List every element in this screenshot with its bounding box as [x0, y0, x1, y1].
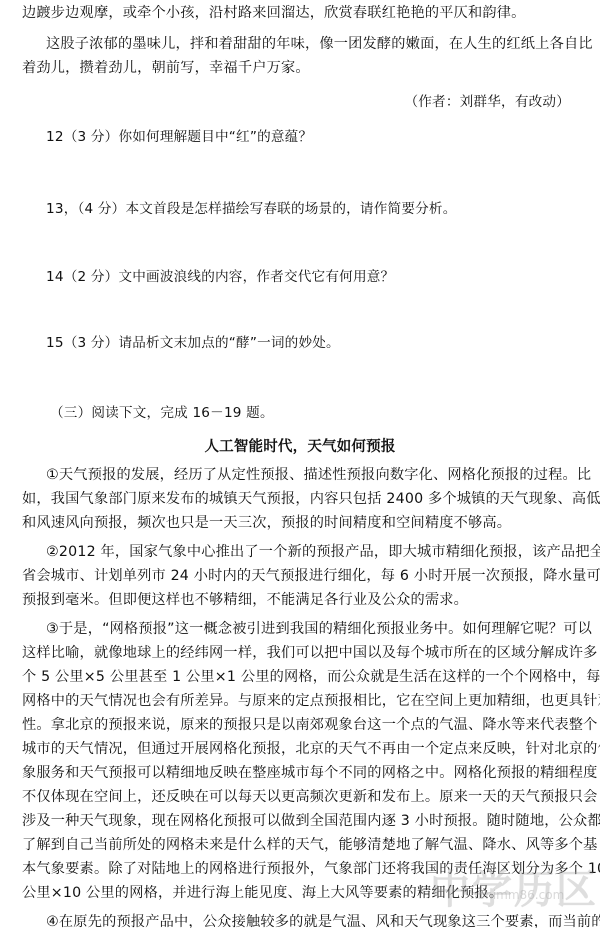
paragraph-1-line: 如，我国气象部门原来发布的城镇天气预报，内容只包括 2400 多个城镇的天气现象… — [22, 490, 600, 508]
passage-line: 边踱步边观摩，或牵个小孩，沿村路来回溜达，欣赏春联红艳艳的平仄和韵律。 — [22, 4, 526, 22]
paragraph-3-line: 不仅体现在空间上，还反映在可以每天以更高频次更新和发布上。原来一天的天气预报只会 — [22, 788, 598, 806]
paragraph-1-line: 和风速风向预报，频次也只是一天三次，预报的时间精度和空间精度不够高。 — [22, 514, 511, 532]
passage-line: 这股子浓郁的墨味儿，拌和着甜甜的年味，像一团发酵的嫩面，在人生的红纸上各自比 — [46, 35, 593, 53]
question-12: 12（3 分）你如何理解题目中“红”的意蕴？ — [46, 128, 312, 146]
question-15: 15（3 分）请品析文末加点的“酵”一词的妙处。 — [46, 334, 340, 352]
paragraph-3-line: 了解到自己当前所处的网格未来是什么样的天气，能够清楚地了解气温、降水、风等多个基 — [22, 836, 598, 854]
paragraph-3-line: 公里×10 公里的网格，并进行海上能见度、海上大风等要素的精细化预报。 — [22, 884, 503, 902]
document-page: 边踱步边观摩，或牵个小孩，沿村路来回溜达，欣赏春联红艳艳的平仄和韵律。 这股子浓… — [0, 0, 600, 928]
question-13: 13，（4 分）本文首段是怎样描绘写春联的场景的，请作简要分析。 — [46, 200, 457, 218]
paragraph-2-line: 预报到毫米。但即便这样也不够精细，不能满足各行业及公众的需求。 — [22, 591, 468, 609]
paragraph-3-line: 象服务和天气预报可以精细地反映在整座城市每个不同的网格之中。网格化预报的精细程度 — [22, 764, 598, 782]
paragraph-1-line: ①天气预报的发展，经历了从定性预报、描述性预报向数字化、网格化预报的过程。比 — [46, 466, 591, 484]
paragraph-3-line: 本气象要素。除了对陆地上的网格进行预报外，气象部门还将我国的责任海区划分为多个 … — [22, 860, 600, 878]
question-14: 14（2 分）文中画波浪线的内容，作者交代它有何用意？ — [46, 268, 394, 286]
passage-line: 着劲儿，攒着劲儿，朝前写，幸福千户万家。 — [22, 59, 310, 77]
section-instruction: （三）阅读下文，完成 16－19 题。 — [50, 404, 274, 422]
paragraph-3-line: 网格中的天气情况也会有所差异。与原来的定点预报相比，它在空间上更加精细，也更具针… — [22, 692, 600, 710]
paragraph-3-line: 涉及一种天气现象，现在网格化预报可以做到全国范围内逐 3 小时预报。随时随地，公… — [22, 812, 600, 830]
paragraph-2-line: ②2012 年，国家气象中心推出了一个新的预报产品，即大城市精细化预报，该产品把… — [46, 543, 600, 561]
paragraph-4-line: ④在原先的预报产品中，公众接触较多的就是气温、风和天气现象这三个要素，而当前的 — [46, 913, 600, 928]
paragraph-3-line: 城市的天气情况，但通过开展网格化预报，北京的天气不再由一个定点来反映，针对北京的… — [22, 740, 600, 758]
underlined-text: ④在原先的预报产品中，公众接触较多的就是气温、风和天气现象这三个要素，而当前的 — [46, 914, 600, 928]
author-credit: （作者：刘群华，有改动） — [404, 93, 570, 111]
paragraph-3-line: 个 5 公里×5 公里甚至 1 公里×1 公里的网格，而公众就是生活在这样的一个… — [22, 668, 600, 686]
paragraph-3-line: 性。拿北京的预报来说，原来的预报只是以南郊观象台这一个点的气温、降水等来代表整个 — [22, 716, 598, 734]
article-title: 人工智能时代，天气如何预报 — [0, 438, 600, 456]
paragraph-3-line: ③于是，“网格预报”这一概念被引进到我国的精细化预报业务中。如何理解它呢？可以 — [46, 620, 592, 638]
paragraph-3-line: 这样比喻，就像地球上的经纬网一样，我们可以把中国以及每个城市所在的区域分解成许多 — [22, 644, 598, 662]
paragraph-2-line: 省会城市、计划单列市 24 小时内的天气预报进行细化，每 6 小时开展一次预报，… — [22, 567, 600, 585]
